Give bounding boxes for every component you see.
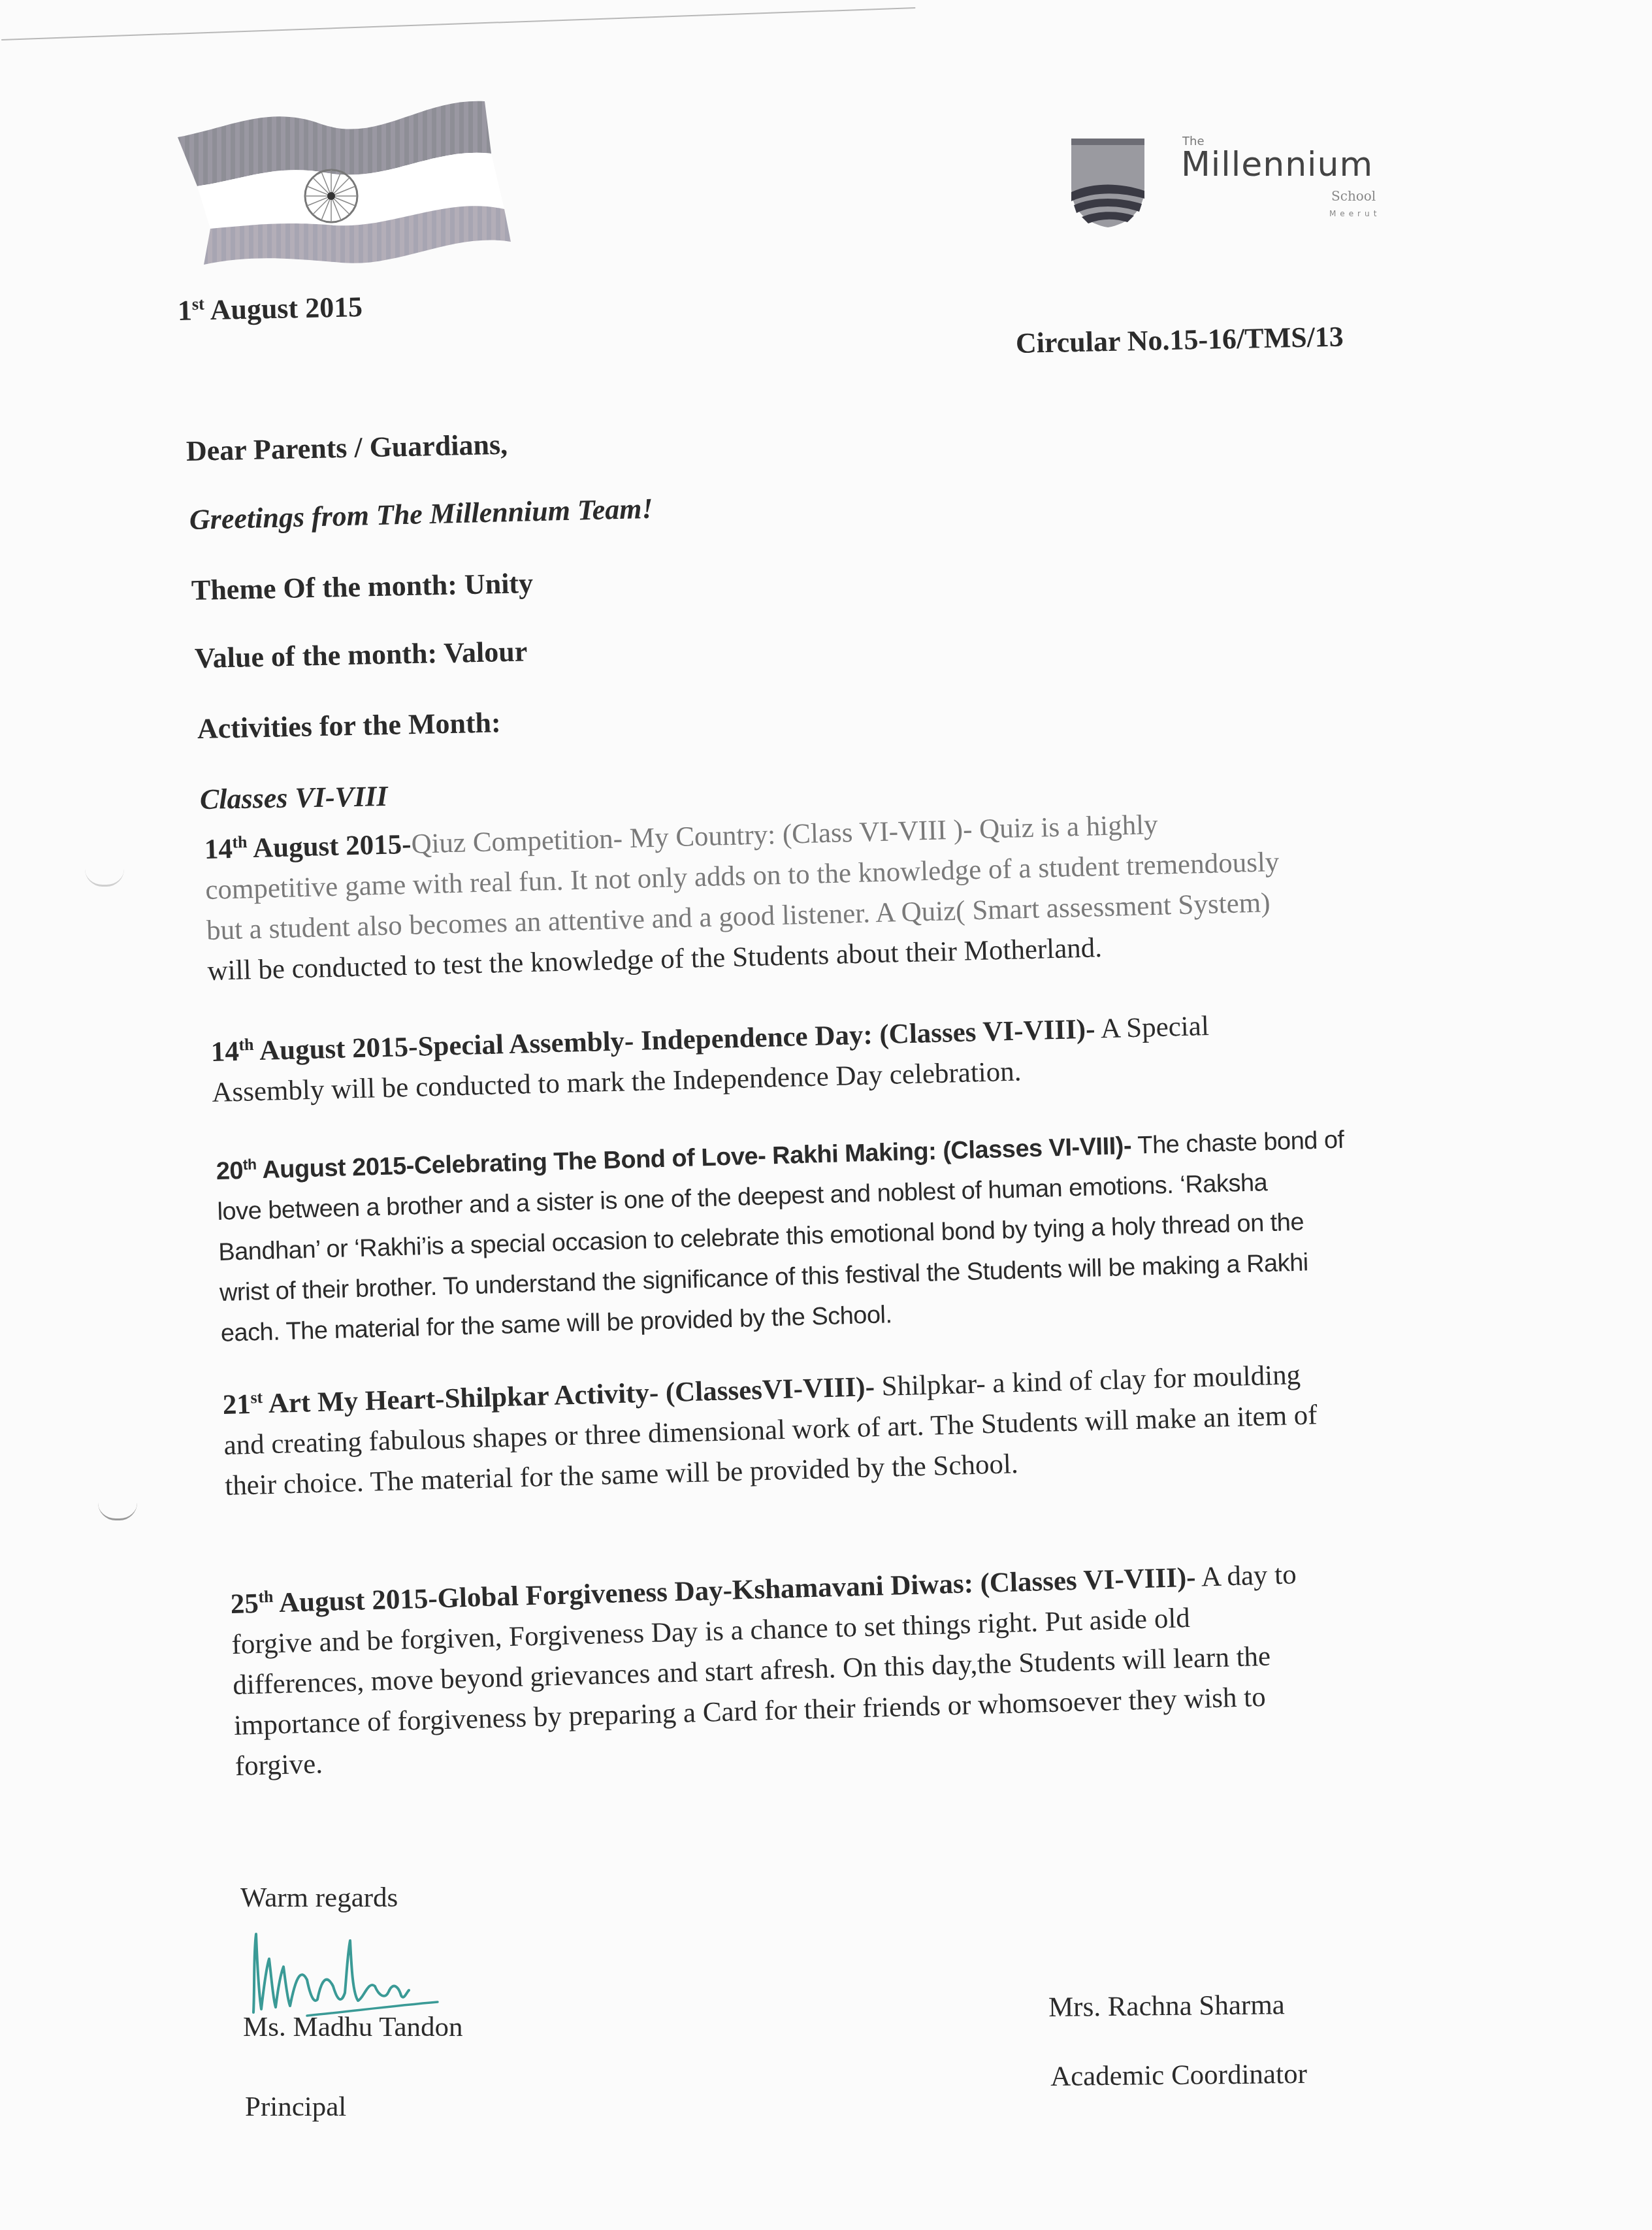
date-day: 1	[177, 295, 192, 327]
activity-ordinal: th	[232, 832, 248, 852]
principal-title: Principal	[245, 2091, 346, 2123]
punch-hole-mark	[85, 869, 124, 887]
circular-number: Circular No.15-16/TMS/13	[1015, 320, 1344, 360]
greeting: Greetings from The Millennium Team!	[189, 492, 653, 536]
activity-ordinal: st	[250, 1388, 263, 1407]
activity-day: 14	[204, 834, 233, 865]
theme-of-month: Theme Of the month: Unity	[191, 566, 533, 607]
activity-text: A Special	[1095, 1011, 1210, 1045]
activity-text: A day to	[1195, 1559, 1297, 1592]
activity-text: Shilpkar- a kind of clay for moulding	[874, 1360, 1301, 1402]
date-rest: August 2015	[204, 291, 363, 326]
signature-icon	[235, 1927, 510, 2019]
classes-heading: Classes VI-VIII	[200, 779, 388, 816]
date-ordinal: st	[191, 293, 204, 313]
activity-text: The chaste bond of	[1131, 1126, 1344, 1160]
activity-shilpkar: 21st Art My Heart-Shilpkar Activity- (Cl…	[222, 1349, 1505, 1507]
logo-name: Millennium	[1181, 145, 1373, 184]
scan-edge-line	[1, 7, 915, 41]
activity-special-assembly: 14th August 2015-Special Assembly- Indep…	[210, 999, 1493, 1113]
salutation: Dear Parents / Guardians,	[186, 428, 508, 468]
activity-text: Quiz is a highly	[972, 810, 1158, 845]
activity-day: 14	[210, 1036, 239, 1068]
activity-ordinal: th	[242, 1156, 256, 1173]
activity-forgiveness-day: 25th August 2015-Global Forgiveness Day-…	[230, 1549, 1515, 1787]
school-crest-icon	[1069, 136, 1147, 229]
activity-ordinal: th	[258, 1587, 274, 1607]
activity-title: August 2015-	[247, 829, 412, 864]
activity-ordinal: th	[238, 1035, 254, 1055]
logo-city: Meerut	[1329, 209, 1380, 218]
activity-day: 20	[216, 1157, 243, 1185]
value-of-month: Value of the month: Valour	[194, 634, 527, 675]
activity-rakhi-making: 20th August 2015-Celebrating The Bond of…	[216, 1115, 1501, 1354]
warm-regards: Warm regards	[240, 1882, 398, 1914]
coordinator-name: Mrs. Rachna Sharma	[1048, 1989, 1285, 2024]
activity-day: 21	[222, 1389, 251, 1420]
letter-date: 1st August 2015	[177, 290, 363, 327]
activity-quiz: 14th August 2015-Qiuz Competition- My Co…	[204, 796, 1488, 992]
logo-suffix: School	[1331, 188, 1376, 204]
indian-flag-icon	[171, 91, 524, 268]
principal-name: Ms. Madhu Tandon	[243, 2011, 463, 2043]
activity-day: 25	[230, 1588, 259, 1620]
school-logo: The Millennium School Meerut	[1065, 131, 1404, 235]
activities-heading: Activities for the Month:	[197, 706, 501, 746]
punch-hole-mark	[98, 1503, 137, 1520]
coordinator-title: Academic Coordinator	[1050, 2058, 1307, 2093]
